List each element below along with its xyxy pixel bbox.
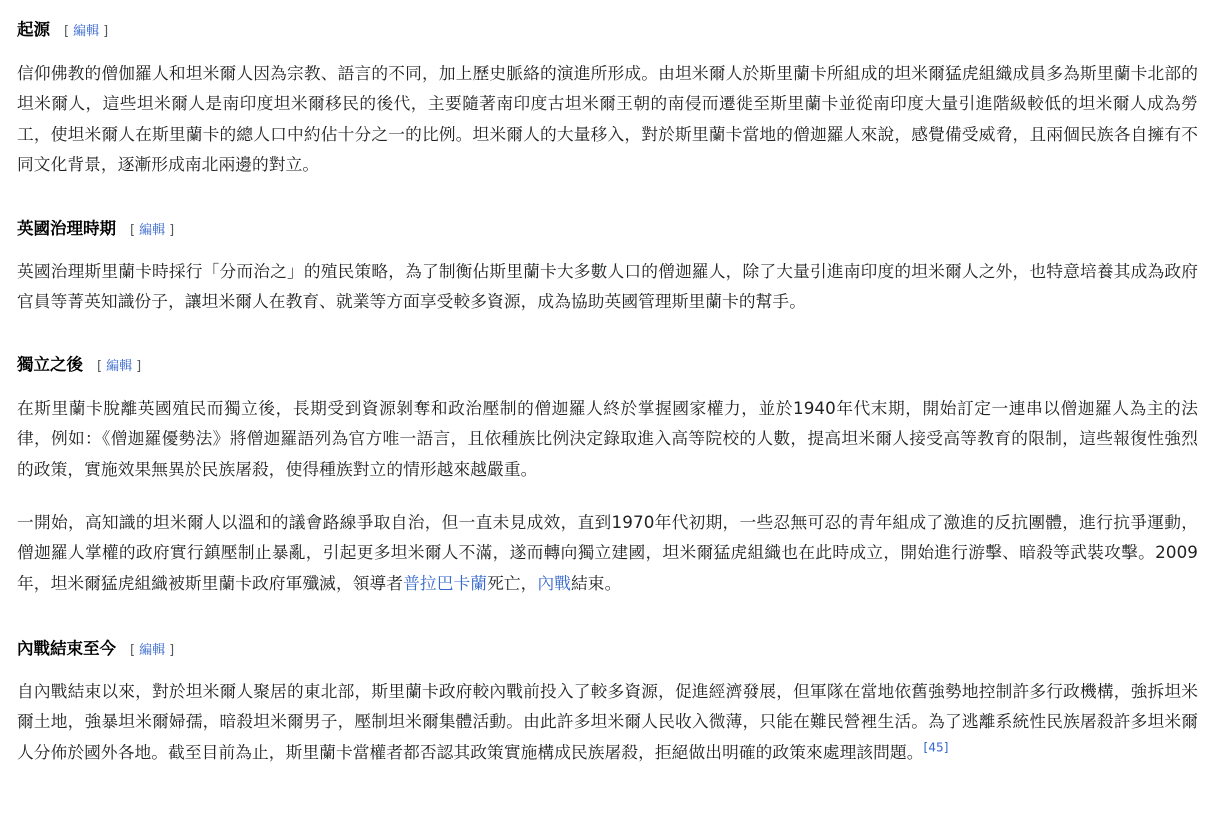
edit-link-after-independence[interactable]: 編輯	[106, 359, 132, 374]
bracket-close: ]	[136, 359, 141, 374]
bracket-close: ]	[169, 223, 174, 238]
edit-section: [編輯]	[97, 354, 141, 380]
reference-superscript: [45]	[924, 740, 949, 754]
edit-link-origin[interactable]: 編輯	[73, 24, 99, 39]
text-segment: 結束。	[571, 573, 621, 593]
heading-text: 起源	[17, 17, 50, 43]
edit-link-british-rule[interactable]: 編輯	[139, 223, 165, 238]
paragraph-after-independence-2: 一開始，高知識的坦米爾人以溫和的議會路線爭取自治，但一直未見成效，直到1970年…	[17, 507, 1198, 598]
paragraph-after-independence-1: 在斯里蘭卡脫離英國殖民而獨立後，長期受到資源剝奪和政治壓制的僧迦羅人終於掌握國家…	[17, 393, 1198, 484]
section-heading-british-rule: 英國治理時期 [編輯]	[17, 216, 174, 244]
link-civil-war[interactable]: 內戰	[537, 573, 571, 593]
section-heading-post-war: 內戰結束至今 [編輯]	[17, 636, 174, 664]
section-heading-after-independence: 獨立之後 [編輯]	[17, 352, 141, 380]
bracket-open: [	[97, 359, 102, 374]
bracket-open: [	[130, 643, 135, 658]
text-segment: 死亡，	[487, 573, 537, 593]
paragraph-british-rule: 英國治理斯里蘭卡時採行「分而治之」的殖民策略，為了制衡佔斯里蘭卡大多數人口的僧迦…	[17, 256, 1198, 317]
bracket-open: [	[130, 223, 135, 238]
paragraph-origin: 信仰佛教的僧伽羅人和坦米爾人因為宗教、語言的不同，加上歷史脈絡的演進所形成。由坦…	[17, 58, 1198, 179]
reference-link-45[interactable]: [45]	[924, 740, 949, 754]
link-prabhakaran[interactable]: 普拉巴卡蘭	[403, 573, 487, 593]
heading-text: 獨立之後	[17, 352, 83, 378]
edit-section: [編輯]	[64, 19, 108, 45]
edit-link-post-war[interactable]: 編輯	[139, 643, 165, 658]
text-segment: 自內戰結束以來，對於坦米爾人聚居的東北部，斯里蘭卡政府較內戰前投入了較多資源，促…	[17, 681, 1198, 762]
bracket-close: ]	[103, 24, 108, 39]
edit-section: [編輯]	[130, 218, 174, 244]
paragraph-post-war: 自內戰結束以來，對於坦米爾人聚居的東北部，斯里蘭卡政府較內戰前投入了較多資源，促…	[17, 676, 1198, 767]
section-heading-origin: 起源 [編輯]	[17, 17, 108, 45]
bracket-open: [	[64, 24, 69, 39]
heading-text: 英國治理時期	[17, 216, 116, 242]
heading-text: 內戰結束至今	[17, 636, 116, 662]
edit-section: [編輯]	[130, 638, 174, 664]
bracket-close: ]	[169, 643, 174, 658]
